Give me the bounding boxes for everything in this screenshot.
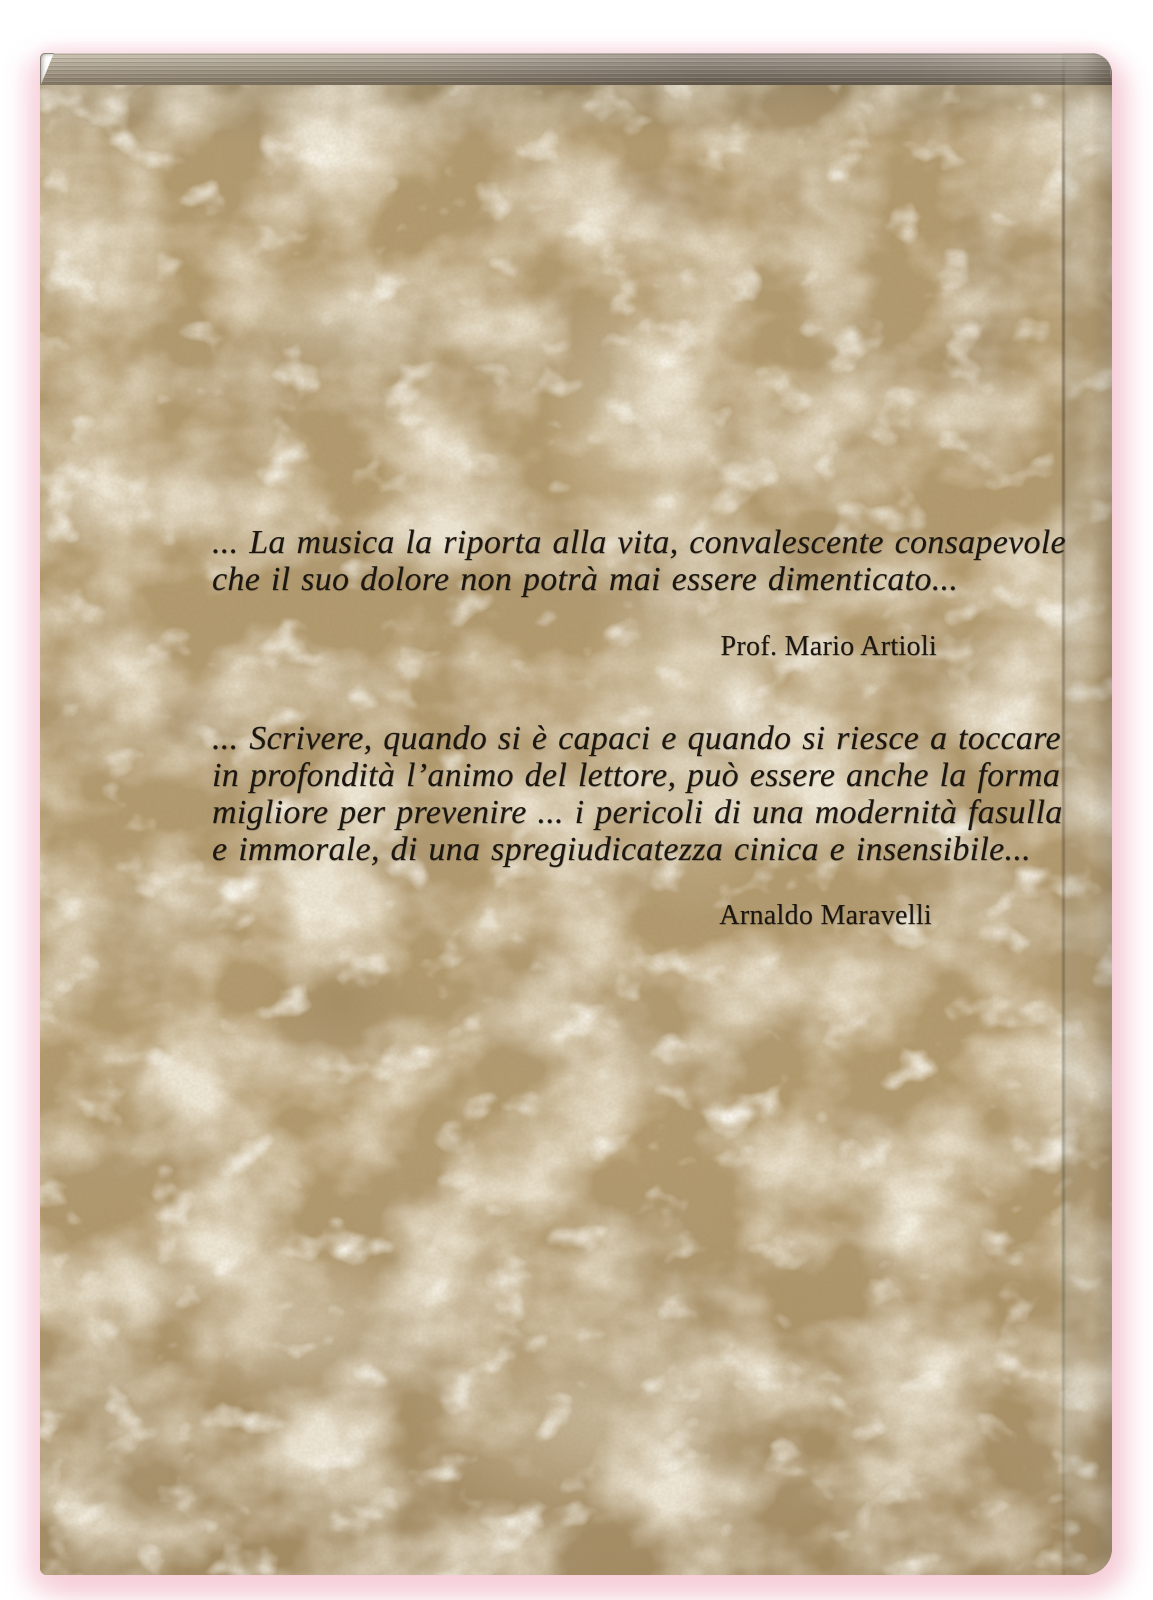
quote-line: ... La musica la riporta alla vita, conv… <box>212 524 1066 561</box>
quote-line: ... Scrivere, quando si è capaci e quand… <box>212 720 1063 757</box>
photo-backdrop: ... La musica la riporta alla vita, conv… <box>0 0 1153 1600</box>
quote-line: migliore per prevenire ... i pericoli di… <box>212 794 1063 831</box>
quote-line: che il suo dolore non potrà mai essere d… <box>212 561 1066 598</box>
spine-edge-strip <box>1065 53 1112 1575</box>
quote-attribution-2: Arnaldo Maravelli <box>719 900 932 932</box>
quote-line: e immorale, di una spregiudicatezza cini… <box>212 831 1063 868</box>
quote-attribution-1: Prof. Mario Artioli <box>721 631 937 663</box>
quote-block-1: ... La musica la riporta alla vita, conv… <box>212 524 1066 598</box>
quote-line: in profondità l’animo del lettore, può e… <box>212 757 1063 794</box>
quote-block-2: ... Scrivere, quando si è capaci e quand… <box>212 720 1063 868</box>
book-back-cover: ... La musica la riporta alla vita, conv… <box>40 53 1112 1575</box>
page-stack-top-edge <box>40 53 1112 87</box>
